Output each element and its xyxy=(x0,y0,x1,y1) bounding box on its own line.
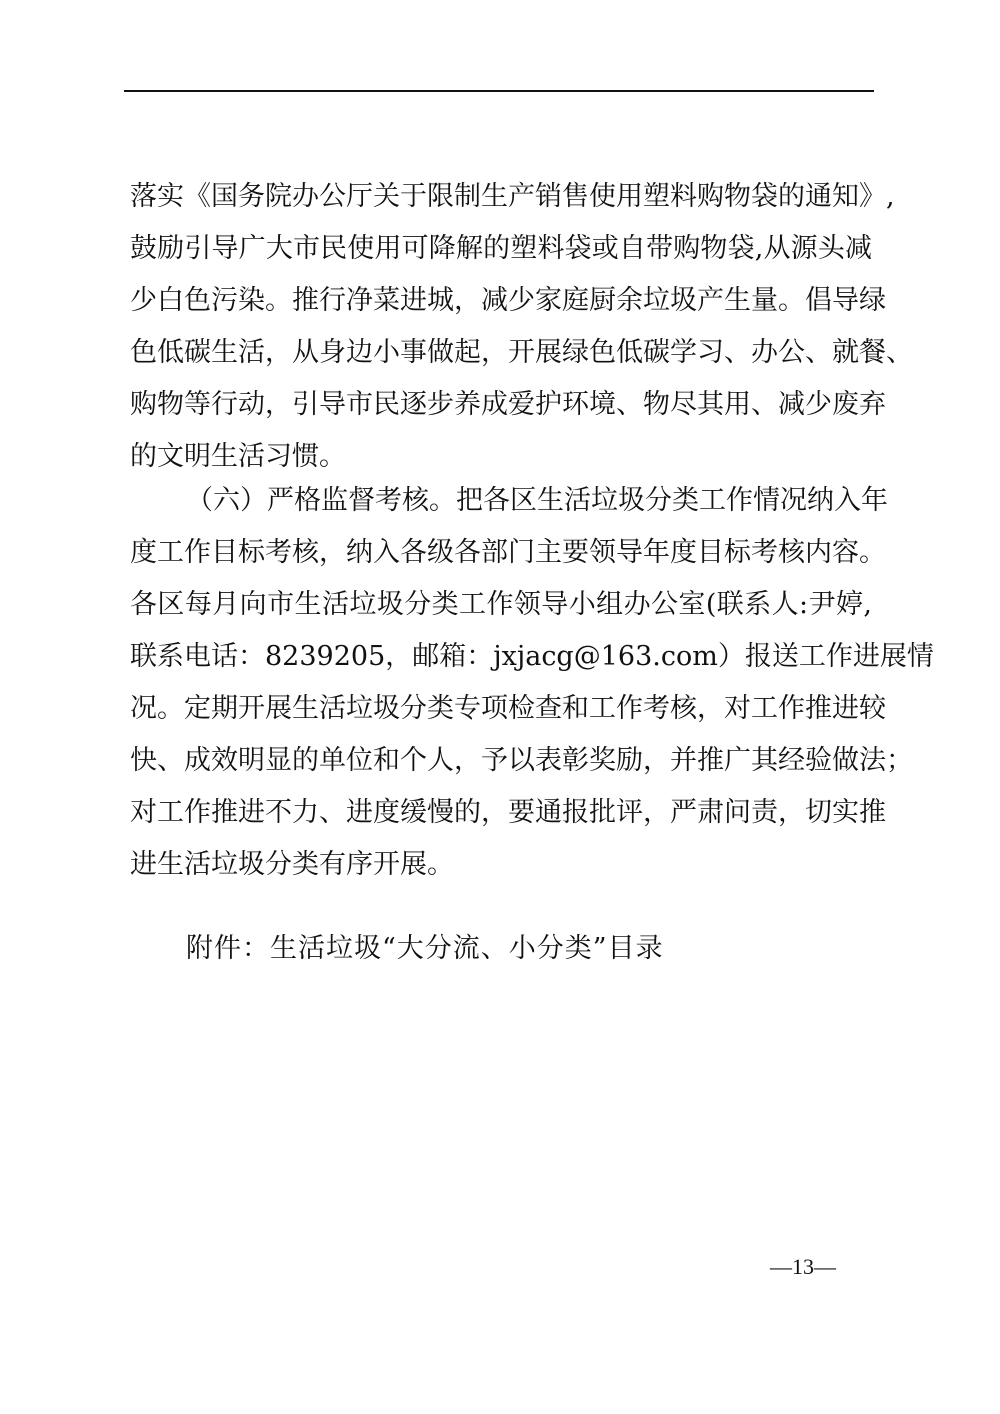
text-line: 进生活垃圾分类有序开展。 xyxy=(130,845,872,885)
text-line: 购物等行动，引导市民逐步养成爱护环境、物尽其用、减少废弃 xyxy=(130,385,872,425)
text-line: 各区每月向市生活垃圾分类工作领导小组办公室(联系人:尹婷, xyxy=(130,585,872,625)
text-line: 快、成效明显的单位和个人，予以表彰奖励，并推广其经验做法； xyxy=(130,741,872,781)
text-line: 度工作目标考核，纳入各级各部门主要领导年度目标考核内容。 xyxy=(130,533,872,573)
text-line: 的文明生活习惯。 xyxy=(130,437,872,477)
text-line: 鼓励引导广大市民使用可降解的塑料袋或自带购物袋,从源头减 xyxy=(130,229,872,269)
text-line: 对工作推进不力、进度缓慢的，要通报批评，严肃问责，切实推 xyxy=(130,793,872,833)
attachment-note: 附件：生活垃圾“大分流、小分类”目录 xyxy=(186,929,664,969)
text-line: 落实《国务院办公厅关于限制生产销售使用塑料购物袋的通知》, xyxy=(130,177,872,217)
contact-line: 联系电话：8239205，邮箱：jxjacg@163.com）报送工作进展情 xyxy=(130,637,872,677)
text-line: 色低碳生活，从身边小事做起，开展绿色低碳学习、办公、就餐、 xyxy=(130,333,872,373)
section-heading-line: （六）严格监督考核。把各区生活垃圾分类工作情况纳入年 xyxy=(186,481,872,521)
text-line: 少白色污染。推行净菜进城，减少家庭厨余垃圾产生量。倡导绿 xyxy=(130,281,872,321)
page-number: —13— xyxy=(770,1252,836,1282)
text-line: 况。定期开展生活垃圾分类专项检查和工作考核，对工作推进较 xyxy=(130,689,872,729)
header-rule xyxy=(124,90,874,92)
